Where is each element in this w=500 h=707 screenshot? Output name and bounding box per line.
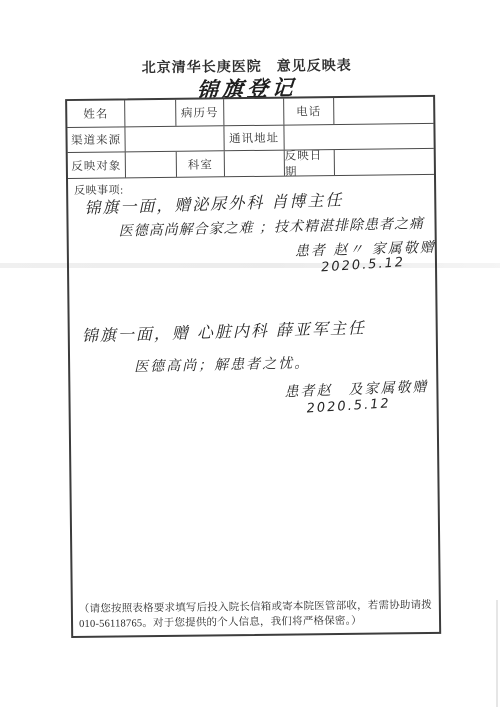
reflect-date-label: 反映日期 bbox=[285, 150, 335, 176]
scanned-form-page: 北京清华长庚医院 意见反映表 锦旗登记 姓名 病历号 电话 渠道来源 通讯地址 … bbox=[0, 0, 500, 707]
channel-label: 渠道来源 bbox=[67, 127, 125, 152]
reflect-date-value-cell bbox=[335, 149, 434, 175]
table-row-name-record-phone: 姓名 病历号 电话 bbox=[67, 97, 433, 128]
address-label: 通讯地址 bbox=[224, 126, 284, 151]
handwritten-entry2-line2: 医德高尚；解患者之忧。 bbox=[134, 352, 310, 376]
footer-note-line2: 010-56118765。对于您提供的个人信息，我们将严格保密。） bbox=[79, 613, 432, 632]
record-no-value-cell bbox=[224, 99, 284, 126]
handwritten-entry2-line1: 锦旗一面，赠 心脏内科 薛亚军主任 bbox=[81, 315, 366, 346]
subject-value-cell bbox=[126, 152, 177, 178]
phone-value-cell bbox=[334, 97, 433, 124]
name-label: 姓名 bbox=[67, 100, 125, 127]
name-value-cell bbox=[125, 100, 176, 127]
feedback-form-table: 姓名 病历号 电话 渠道来源 通讯地址 反映对象 科室 反映日期 反映事项: 锦… bbox=[65, 95, 441, 638]
record-no-label: 病历号 bbox=[176, 99, 224, 126]
department-label: 科室 bbox=[177, 151, 225, 177]
handwritten-entry1-line2: 医德高尚解合家之难 ；技术精湛排除患者之痛 bbox=[118, 213, 424, 241]
matters-section: 反映事项: 锦旗一面，赠泌尿外科 肖博主任 医德高尚解合家之难 ；技术精湛排除患… bbox=[68, 175, 439, 636]
phone-label: 电话 bbox=[284, 98, 334, 125]
subject-label: 反映对象 bbox=[68, 152, 126, 178]
footer-instruction-note: （请您按照表格要求填写后投入院长信箱或寄本院医管部收，若需协助请拨 010-56… bbox=[79, 598, 432, 632]
department-value-cell bbox=[225, 151, 285, 177]
channel-value-cell bbox=[125, 126, 224, 151]
address-value-cell bbox=[284, 124, 433, 150]
